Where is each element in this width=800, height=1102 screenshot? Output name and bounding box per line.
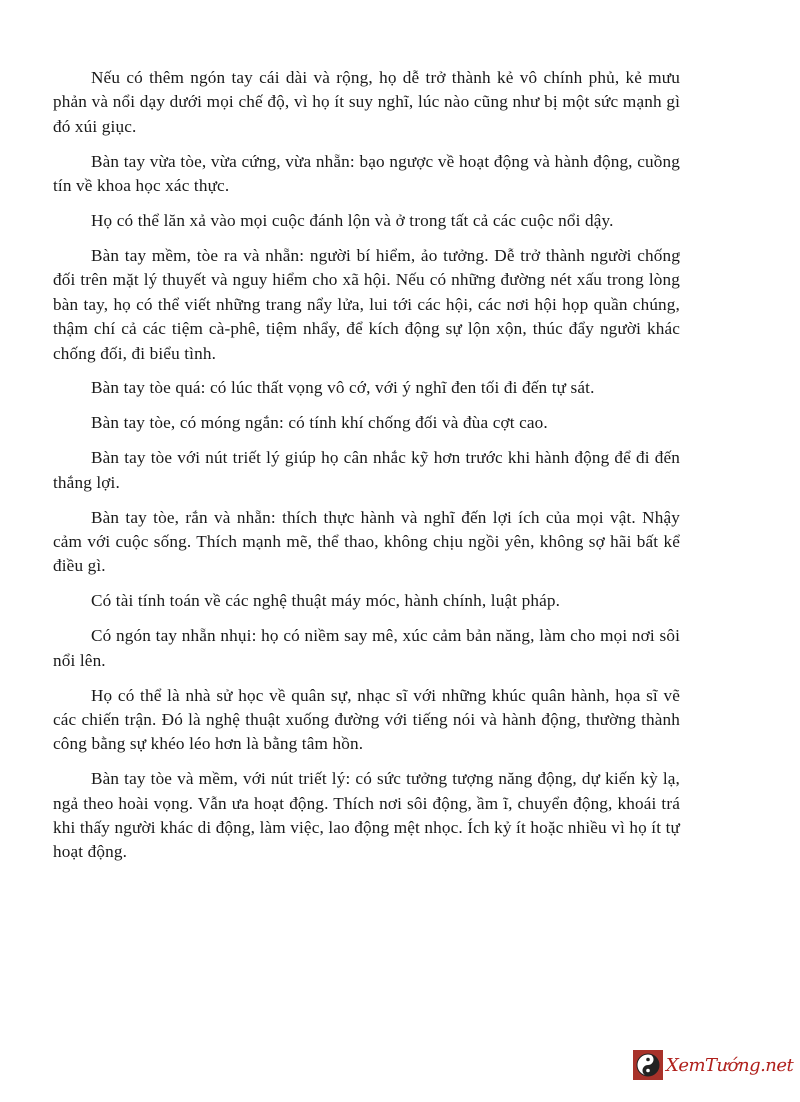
- watermark-logo: [633, 1050, 663, 1080]
- watermark-text: XemTướng.net: [666, 1055, 793, 1076]
- paragraph: Có ngón tay nhẵn nhụi: họ có niềm say mê…: [53, 624, 680, 673]
- scan-speck: [678, 252, 680, 256]
- paragraph: Bàn tay tòe với nút triết lý giúp họ cân…: [53, 446, 680, 495]
- paragraph: Bàn tay mềm, tòe ra và nhẵn: người bí hi…: [53, 244, 680, 366]
- watermark: XemTướng.net: [633, 1050, 793, 1080]
- paragraph: Bàn tay vừa tòe, vừa cứng, vừa nhẵn: bạo…: [53, 150, 680, 199]
- paragraph: Bàn tay tòe, rắn và nhẵn: thích thực hàn…: [53, 506, 680, 579]
- paragraph: Họ có thể là nhà sử học về quân sự, nhạc…: [53, 684, 680, 757]
- paragraph: Có tài tính toán về các nghệ thuật máy m…: [53, 589, 680, 613]
- paragraph: Họ có thể lăn xả vào mọi cuộc đánh lộn v…: [53, 209, 680, 233]
- yin-yang-icon: [636, 1053, 660, 1077]
- document-page: Nếu có thêm ngón tay cái dài và rộng, họ…: [53, 66, 680, 875]
- paragraph: Bàn tay tòe quá: có lúc thất vọng vô cớ,…: [53, 376, 680, 400]
- paragraph: Nếu có thêm ngón tay cái dài và rộng, họ…: [53, 66, 680, 139]
- paragraph: Bàn tay tòe và mềm, với nút triết lý: có…: [53, 767, 680, 865]
- paragraph: Bàn tay tòe, có móng ngắn: có tính khí c…: [53, 411, 680, 435]
